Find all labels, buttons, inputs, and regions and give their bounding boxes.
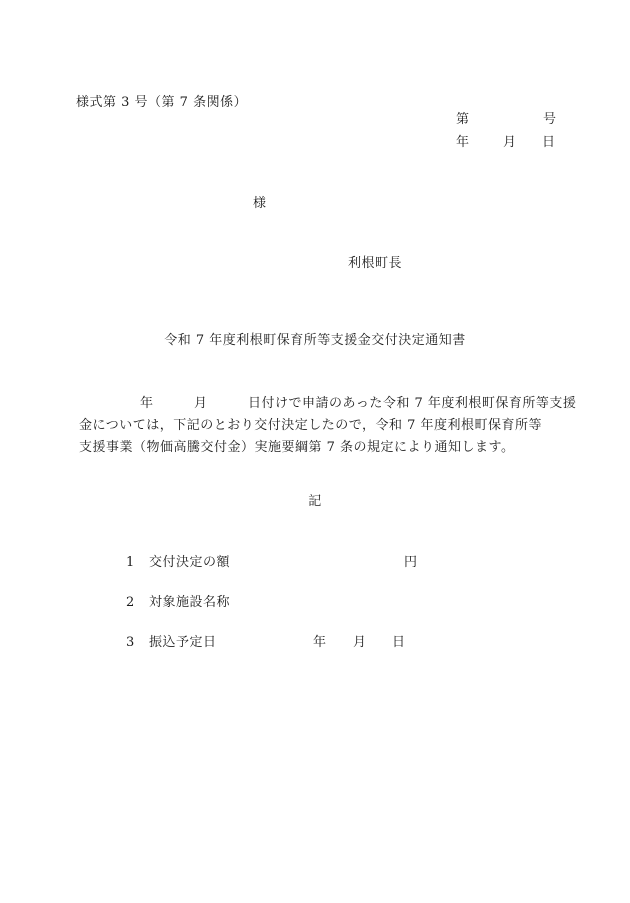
item-3-day-label: 日 [392, 636, 406, 651]
item-3-year-label: 年 [313, 636, 327, 651]
issue-number-prefix: 第 [456, 113, 470, 128]
item-1-number: 1 [126, 556, 135, 571]
form-reference-note: 様式第 3 号（第 7 条関係） [76, 96, 247, 111]
record-marker: 記 [0, 495, 630, 510]
item-1-label: 交付決定の額 [149, 556, 230, 571]
item-1-unit-yen: 円 [404, 556, 418, 571]
issue-date-month-label: 月 [503, 136, 517, 151]
issue-date-day-label: 日 [542, 136, 556, 151]
issue-number-suffix: 号 [543, 113, 557, 128]
item-2-label: 対象施設名称 [149, 596, 230, 611]
document-title: 令和 7 年度利根町保育所等支援金交付決定通知書 [0, 334, 630, 349]
body-paragraph-line-3: 支援事業（物価高騰交付金）実施要綱第 7 条の規定により通知します。 [79, 441, 515, 456]
addressee-honorific: 様 [253, 197, 267, 212]
sender-title: 利根町長 [348, 257, 402, 272]
item-3-label: 振込予定日 [149, 636, 217, 651]
document-page: 様式第 3 号（第 7 条関係） 第 号 年 月 日 様 利根町長 令和 7 年… [0, 0, 630, 903]
issue-date-year-label: 年 [456, 136, 470, 151]
item-3-number: 3 [126, 636, 135, 651]
body-paragraph-line-1: 年 月 日付けで申請のあった令和 7 年度利根町保育所等支援 [140, 397, 576, 412]
item-3-month-label: 月 [353, 636, 367, 651]
item-2-number: 2 [126, 596, 135, 611]
body-paragraph-line-2: 金については，下記のとおり交付決定したので，令和 7 年度利根町保育所等 [79, 419, 542, 434]
